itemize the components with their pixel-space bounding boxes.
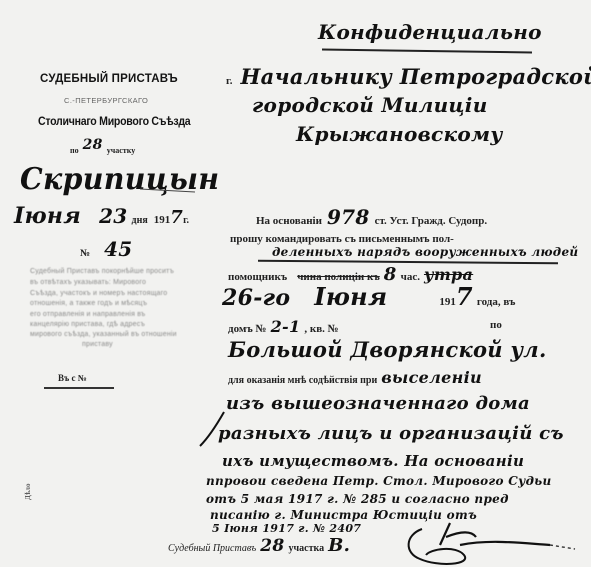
date-month: Іюня: [14, 203, 81, 229]
fine-print-line: его отправленія и направленія въ: [30, 311, 146, 318]
document-page: СУДЕБНЫЙ ПРИСТАВЪ С.-ПЕТЕРБУРГСКАГО Стол…: [0, 0, 591, 567]
year-prefix: 191: [439, 296, 456, 308]
date-day-suffix: дня: [132, 215, 148, 226]
body-line-persons: разныхъ лицъ и организацій съ: [218, 423, 564, 444]
stamp-court: Столичнаго Мирового Съѣзда: [38, 114, 190, 128]
reference-label: Въ с №: [58, 373, 87, 383]
date-year-suffix: г.: [183, 215, 189, 226]
addressee-name: Крыжановскому: [296, 122, 503, 146]
body-line-squad: деленныхъ нарядъ вооруженныхъ людей: [272, 245, 578, 259]
addressee-line-2: городской Милиціи: [252, 93, 488, 117]
stamp-district: по 28 участку: [70, 140, 135, 158]
confidential-mark: Конфиденциально: [318, 20, 542, 44]
signature-block: Судебный Приставъ 28 участка В.: [168, 535, 350, 556]
stamp-district-suffix: участку: [107, 146, 136, 155]
purpose-label: для оказанія мнѣ содѣйствія при: [228, 375, 377, 386]
fine-print-line: въ отвѣтахъ указывать: Мирового: [30, 279, 146, 286]
pen-stroke-icon: [198, 410, 228, 450]
fine-print-line: Съѣзда, участокъ и номеръ настоящаго: [30, 290, 167, 297]
stamp-district-prefix: по: [70, 146, 79, 155]
body-line-decree: ппровои сведена Петр. Стол. Мирового Суд…: [206, 474, 551, 488]
body-line-address: домъ № 2-1 , кв. №: [228, 317, 339, 337]
number-value: 45: [104, 237, 132, 261]
fine-print-line: мирового съѣзда, указанный въ отношеніи: [30, 331, 177, 338]
signature-scrawl-icon: [400, 515, 590, 567]
stamp-date: Іюня 23 дня 1917г.: [14, 203, 189, 229]
apartment-label: , кв. №: [304, 323, 338, 335]
body-line-decree-date: отъ 5 мая 1917 г. № 285 и согласно пред: [206, 492, 509, 506]
stamp-city: С.-ПЕТЕРБУРГСКАГО: [64, 96, 148, 105]
year-digit: 7: [456, 282, 473, 311]
date-day: 23: [99, 204, 127, 228]
signature-district-label: участка: [289, 543, 325, 554]
stamp-number: № 45: [80, 237, 133, 261]
body-line-property: ихъ имуществомъ. На основаніи: [222, 452, 524, 470]
eviction-word: выселеніи: [381, 368, 482, 387]
number-label: №: [80, 248, 90, 259]
signature-district-number: 28: [260, 536, 284, 556]
date-month: Іюня: [314, 282, 387, 311]
house-number: 2-1: [271, 317, 301, 336]
body-line-statute: На основаніи 978 ст. Уст. Гражд. Судопр.: [256, 205, 487, 229]
side-label: Дѣло: [24, 484, 32, 500]
fine-print-line: отношенія, а также годъ и мѣсяцъ: [30, 300, 147, 307]
addressee-line-1: г. Начальнику Петроградской: [226, 64, 591, 89]
signature-title: Судебный Приставъ: [168, 543, 256, 554]
statute-post: ст. Уст. Гражд. Судопр.: [375, 215, 488, 227]
fine-print-line: Судебный Приставъ покорнѣйше проситъ: [30, 268, 174, 275]
stamp-title: СУДЕБНЫЙ ПРИСТАВЪ: [40, 73, 178, 85]
street-name: Большой Дворянской ул.: [228, 337, 547, 362]
addressee-prefix: г.: [226, 75, 233, 87]
confidential-underline: [322, 49, 532, 54]
year-suffix: года, въ: [477, 296, 516, 308]
body-line-purpose: для оказанія мнѣ содѣйствія при выселені…: [228, 368, 482, 388]
addressee-title: Начальнику Петроградской: [241, 64, 591, 89]
signature-mark: В.: [328, 535, 350, 556]
reference-underline: [44, 387, 114, 389]
stamp-district-number: 28: [83, 137, 103, 153]
along-label: по: [490, 319, 502, 331]
date-day: 26-го: [222, 285, 290, 311]
date-year-digit: 7: [170, 207, 183, 228]
house-label: домъ №: [228, 323, 267, 335]
body-line-building: изъ вышеозначеннаго дома: [226, 393, 530, 414]
fine-print-tail: приставу: [82, 341, 113, 348]
fine-print-line: канцелярію пристава, гдѣ адресъ: [30, 321, 145, 328]
body-line-date: 26-го Іюня 1917 года, въ: [222, 282, 515, 311]
statute-pre: На основаніи: [256, 215, 322, 227]
date-year-prefix: 191: [154, 214, 171, 226]
statute-number: 978: [327, 205, 370, 229]
body-line-request: прошу командировать съ письменнымъ пол-: [230, 233, 454, 245]
body-line-order: 5 Іюня 1917 г. № 2407: [212, 522, 361, 535]
